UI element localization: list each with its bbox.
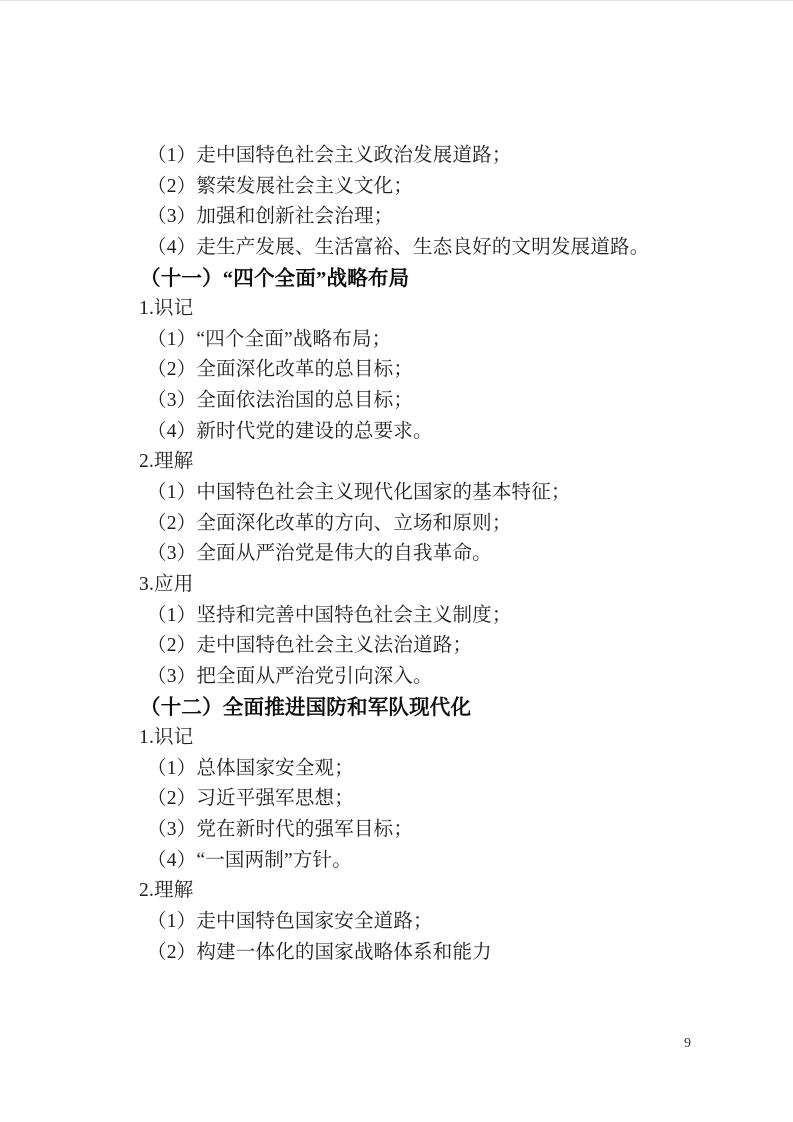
level-label: 3.应用 (0, 570, 793, 601)
outline-item: （3）党在新时代的强军目标； (0, 815, 793, 846)
document-page: （1）走中国特色社会主义政治发展道路；（2）繁荣发展社会主义文化；（3）加强和创… (0, 0, 793, 1122)
level-label: 1.识记 (0, 294, 793, 325)
outline-item: （1）走中国特色社会主义政治发展道路； (0, 141, 793, 172)
outline-item: （3）把全面从严治党引向深入。 (0, 662, 793, 693)
outline-item: （3）全面依法治国的总目标； (0, 386, 793, 417)
section-heading: （十一）“四个全面”战略布局 (0, 264, 793, 295)
outline-item: （4）走生产发展、生活富裕、生态良好的文明发展道路。 (0, 233, 793, 264)
page-number: 9 (684, 1036, 691, 1052)
outline-item: （3）加强和创新社会治理； (0, 202, 793, 233)
outline-item: （1）中国特色社会主义现代化国家的基本特征； (0, 478, 793, 509)
outline-item: （4）“一国两制”方针。 (0, 846, 793, 877)
outline-item: （2）繁荣发展社会主义文化； (0, 172, 793, 203)
section-heading: （十二）全面推进国防和军队现代化 (0, 693, 793, 724)
document-body: （1）走中国特色社会主义政治发展道路；（2）繁荣发展社会主义文化；（3）加强和创… (0, 141, 793, 968)
outline-item: （1）坚持和完善中国特色社会主义制度； (0, 601, 793, 632)
outline-item: （2）全面深化改革的方向、立场和原则； (0, 509, 793, 540)
level-label: 2.理解 (0, 447, 793, 478)
page-top-edge (0, 0, 793, 1)
outline-item: （4）新时代党的建设的总要求。 (0, 417, 793, 448)
outline-item: （2）构建一体化的国家战略体系和能力 (0, 938, 793, 969)
outline-item: （3）全面从严治党是伟大的自我革命。 (0, 539, 793, 570)
outline-item: （2）全面深化改革的总目标； (0, 355, 793, 386)
level-label: 2.理解 (0, 876, 793, 907)
outline-item: （1）总体国家安全观； (0, 754, 793, 785)
outline-item: （1）“四个全面”战略布局； (0, 325, 793, 356)
outline-item: （2）走中国特色社会主义法治道路； (0, 631, 793, 662)
level-label: 1.识记 (0, 723, 793, 754)
outline-item: （2）习近平强军思想； (0, 784, 793, 815)
outline-item: （1）走中国特色国家安全道路； (0, 907, 793, 938)
